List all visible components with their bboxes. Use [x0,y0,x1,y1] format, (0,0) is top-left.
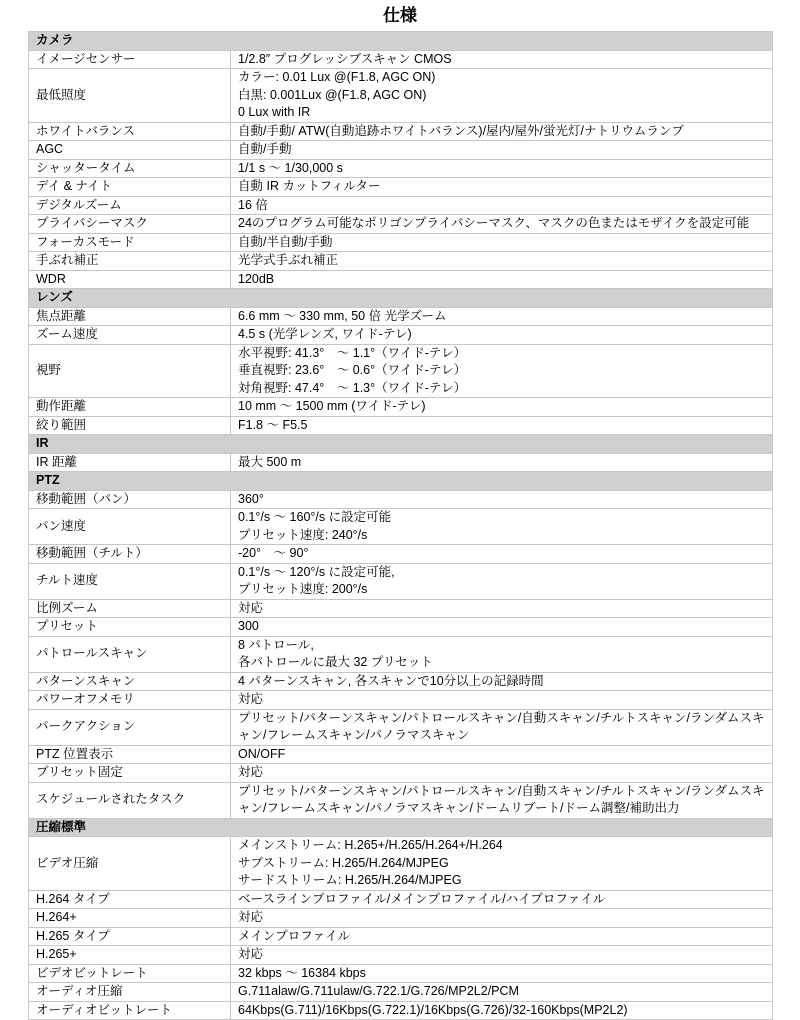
value-line: 32 kbps ～ 16384 kbps [238,965,765,983]
value-line: 光学式手ぶれ補正 [238,252,765,270]
table-row: ビデオビットレート32 kbps ～ 16384 kbps [29,964,773,983]
row-label: プリセット [29,618,231,637]
table-row: プリセット固定対応 [29,764,773,783]
row-value: 対応 [231,691,773,710]
row-label: パトロールスキャン [29,636,231,672]
row-value: ベースラインプロファイル/メインプロファイル/ハイプロファイル [231,890,773,909]
section-header: IR [29,435,773,454]
value-line: 0.1°/s ～ 160°/s に設定可能 [238,509,765,527]
row-value: 6.6 mm ～ 330 mm, 50 倍 光学ズーム [231,307,773,326]
table-row: 焦点距離6.6 mm ～ 330 mm, 50 倍 光学ズーム [29,307,773,326]
table-row: プライバシーマスク24のプログラム可能なポリゴンプライバシーマスク、マスクの色ま… [29,215,773,234]
value-line: 水平視野: 41.3° ～ 1.1°（ワイド-テレ） [238,345,765,363]
row-label: デイ & ナイト [29,178,231,197]
row-value: 自動/手動 [231,141,773,160]
value-line: 白黒: 0.001Lux @(F1.8, AGC ON) [238,87,765,105]
row-value: 対応 [231,909,773,928]
value-line: 300 [238,618,765,636]
row-label: パワーオフメモリ [29,691,231,710]
row-label: ホワイトバランス [29,122,231,141]
row-label: 最低照度 [29,69,231,123]
table-row: オーディオビットレート64Kbps(G.711)/16Kbps(G.722.1)… [29,1001,773,1020]
row-label: パン速度 [29,509,231,545]
row-value: 4 パターンスキャン, 各スキャンで10分以上の記録時間 [231,672,773,691]
row-label: フォーカスモード [29,233,231,252]
row-value: 0.1°/s ～ 160°/s に設定可能プリセット速度: 240°/s [231,509,773,545]
table-row: パークアクションプリセット/パターンスキャン/パトロールスキャン/自動スキャン/… [29,709,773,745]
value-line: 360° [238,491,765,509]
value-line: 自動/手動/ ATW(自動追跡ホワイトバランス)/屋内/屋外/蛍光灯/ナトリウム… [238,123,765,141]
value-line: 対応 [238,691,765,709]
value-line: 4 パターンスキャン, 各スキャンで10分以上の記録時間 [238,673,765,691]
table-row: H.265 タイプメインプロファイル [29,927,773,946]
value-line: プリセット/パターンスキャン/パトロールスキャン/自動スキャン/チルトスキャン/… [238,783,765,818]
row-value: 8 パトロール,各パトロールに最大 32 プリセット [231,636,773,672]
row-label: IR 距離 [29,453,231,472]
section-row: IR [29,435,773,454]
value-line: 24のプログラム可能なポリゴンプライバシーマスク、マスクの色またはモザイクを設定… [238,215,765,233]
row-value: 300 [231,618,773,637]
row-value: 自動/手動/ ATW(自動追跡ホワイトバランス)/屋内/屋外/蛍光灯/ナトリウム… [231,122,773,141]
row-value: メインプロファイル [231,927,773,946]
value-line: 4.5 s (光学レンズ, ワイド-テレ) [238,326,765,344]
table-row: シャッタータイム1/1 s ～ 1/30,000 s [29,159,773,178]
row-value: 0.1°/s ～ 120°/s に設定可能,プリセット速度: 200°/s [231,563,773,599]
row-value: ON/OFF [231,745,773,764]
row-value: 対応 [231,764,773,783]
value-line: プリセット速度: 200°/s [238,581,765,599]
row-label: ビデオビットレート [29,964,231,983]
value-line: 0.1°/s ～ 120°/s に設定可能, [238,564,765,582]
row-label: 移動範囲（チルト） [29,545,231,564]
row-label: パークアクション [29,709,231,745]
value-line: F1.8 ～ F5.5 [238,417,765,435]
table-row: パターンスキャン4 パターンスキャン, 各スキャンで10分以上の記録時間 [29,672,773,691]
row-label: シャッタータイム [29,159,231,178]
row-value: -20° ～ 90° [231,545,773,564]
row-value: 24のプログラム可能なポリゴンプライバシーマスク、マスクの色またはモザイクを設定… [231,215,773,234]
value-line: 16 倍 [238,197,765,215]
row-label: オーディオ圧縮 [29,983,231,1002]
row-label: H.264 タイプ [29,890,231,909]
table-row: WDR120dB [29,270,773,289]
value-line: 1/2.8″ プログレッシブスキャン CMOS [238,51,765,69]
row-label: ビデオ圧縮 [29,837,231,891]
row-value: 360° [231,490,773,509]
table-row: PTZ 位置表示ON/OFF [29,745,773,764]
section-row: レンズ [29,289,773,308]
value-line: 6.6 mm ～ 330 mm, 50 倍 光学ズーム [238,308,765,326]
row-value: G.711alaw/G.711ulaw/G.722.1/G.726/MP2L2/… [231,983,773,1002]
row-value: 最大 500 m [231,453,773,472]
table-row: パトロールスキャン8 パトロール,各パトロールに最大 32 プリセット [29,636,773,672]
table-row: フォーカスモード自動/半自動/手動 [29,233,773,252]
value-line: 垂直視野: 23.6° ～ 0.6°（ワイド-テレ） [238,362,765,380]
row-value: 対応 [231,599,773,618]
row-value: 水平視野: 41.3° ～ 1.1°（ワイド-テレ）垂直視野: 23.6° ～ … [231,344,773,398]
row-label: スケジュールされたタスク [29,782,231,818]
table-row: IR 距離最大 500 m [29,453,773,472]
row-label: H.265+ [29,946,231,965]
row-label: WDR [29,270,231,289]
table-row: 移動範囲（チルト）-20° ～ 90° [29,545,773,564]
row-label: プライバシーマスク [29,215,231,234]
row-label: デジタルズーム [29,196,231,215]
row-value: 120dB [231,270,773,289]
value-line: 64Kbps(G.711)/16Kbps(G.722.1)/16Kbps(G.7… [238,1002,765,1020]
row-label: 動作距離 [29,398,231,417]
value-line: 対応 [238,946,765,964]
table-row: H.265+対応 [29,946,773,965]
row-label: H.265 タイプ [29,927,231,946]
row-label: パターンスキャン [29,672,231,691]
value-line: ベースラインプロファイル/メインプロファイル/ハイプロファイル [238,891,765,909]
row-value: 16 倍 [231,196,773,215]
spec-table: カメライメージセンサー1/2.8″ プログレッシブスキャン CMOS最低照度カラ… [28,31,773,1020]
table-row: ホワイトバランス自動/手動/ ATW(自動追跡ホワイトバランス)/屋内/屋外/蛍… [29,122,773,141]
table-row: チルト速度0.1°/s ～ 120°/s に設定可能,プリセット速度: 200°… [29,563,773,599]
row-value: 光学式手ぶれ補正 [231,252,773,271]
table-row: 手ぶれ補正光学式手ぶれ補正 [29,252,773,271]
value-line: 120dB [238,271,765,289]
row-label: ズーム速度 [29,326,231,345]
value-line: G.711alaw/G.711ulaw/G.722.1/G.726/MP2L2/… [238,983,765,1001]
table-row: 最低照度カラー: 0.01 Lux @(F1.8, AGC ON)白黒: 0.0… [29,69,773,123]
table-row: パン速度0.1°/s ～ 160°/s に設定可能プリセット速度: 240°/s [29,509,773,545]
table-row: オーディオ圧縮G.711alaw/G.711ulaw/G.722.1/G.726… [29,983,773,1002]
value-line: 対応 [238,600,765,618]
row-value: メインストリーム: H.265+/H.265/H.264+/H.264サブストリ… [231,837,773,891]
page-title: 仕様 [0,0,800,27]
table-row: スケジュールされたタスクプリセット/パターンスキャン/パトロールスキャン/自動ス… [29,782,773,818]
value-line: 自動/半自動/手動 [238,234,765,252]
table-row: H.264+対応 [29,909,773,928]
table-row: 視野水平視野: 41.3° ～ 1.1°（ワイド-テレ）垂直視野: 23.6° … [29,344,773,398]
row-label: 比例ズーム [29,599,231,618]
table-row: ビデオ圧縮メインストリーム: H.265+/H.265/H.264+/H.264… [29,837,773,891]
row-value: プリセット/パターンスキャン/パトロールスキャン/自動スキャン/チルトスキャン/… [231,782,773,818]
value-line: ON/OFF [238,746,765,764]
value-line: 対角視野: 47.4° ～ 1.3°（ワイド-テレ） [238,380,765,398]
value-line: メインプロファイル [238,928,765,946]
value-line: プリセット/パターンスキャン/パトロールスキャン/自動スキャン/チルトスキャン/… [238,710,765,745]
row-label: AGC [29,141,231,160]
row-label: 絞り範囲 [29,416,231,435]
value-line: 自動 IR カットフィルター [238,178,765,196]
table-row: プリセット300 [29,618,773,637]
table-row: デイ & ナイト自動 IR カットフィルター [29,178,773,197]
value-line: 自動/手動 [238,141,765,159]
row-value: 自動 IR カットフィルター [231,178,773,197]
section-header: レンズ [29,289,773,308]
row-label: オーディオビットレート [29,1001,231,1020]
row-label: プリセット固定 [29,764,231,783]
table-row: 絞り範囲F1.8 ～ F5.5 [29,416,773,435]
row-label: 視野 [29,344,231,398]
row-value: 4.5 s (光学レンズ, ワイド-テレ) [231,326,773,345]
value-line: 10 mm ～ 1500 mm (ワイド-テレ) [238,398,765,416]
value-line: サードストリーム: H.265/H.264/MJPEG [238,872,765,890]
table-row: 移動範囲（パン）360° [29,490,773,509]
table-row: AGC自動/手動 [29,141,773,160]
row-label: 移動範囲（パン） [29,490,231,509]
value-line: 対応 [238,764,765,782]
section-header: カメラ [29,32,773,51]
section-row: 圧縮標準 [29,818,773,837]
value-line: -20° ～ 90° [238,545,765,563]
table-row: デジタルズーム16 倍 [29,196,773,215]
row-label: 焦点距離 [29,307,231,326]
value-line: 1/1 s ～ 1/30,000 s [238,160,765,178]
table-row: パワーオフメモリ対応 [29,691,773,710]
row-value: 自動/半自動/手動 [231,233,773,252]
row-value: 1/1 s ～ 1/30,000 s [231,159,773,178]
section-row: カメラ [29,32,773,51]
row-value: F1.8 ～ F5.5 [231,416,773,435]
table-row: ズーム速度4.5 s (光学レンズ, ワイド-テレ) [29,326,773,345]
section-header: PTZ [29,472,773,491]
table-row: 比例ズーム対応 [29,599,773,618]
section-header: 圧縮標準 [29,818,773,837]
row-label: H.264+ [29,909,231,928]
row-label: チルト速度 [29,563,231,599]
table-row: イメージセンサー1/2.8″ プログレッシブスキャン CMOS [29,50,773,69]
value-line: カラー: 0.01 Lux @(F1.8, AGC ON) [238,69,765,87]
row-value: カラー: 0.01 Lux @(F1.8, AGC ON)白黒: 0.001Lu… [231,69,773,123]
value-line: 8 パトロール, [238,637,765,655]
row-label: PTZ 位置表示 [29,745,231,764]
value-line: プリセット速度: 240°/s [238,527,765,545]
row-value: プリセット/パターンスキャン/パトロールスキャン/自動スキャン/チルトスキャン/… [231,709,773,745]
row-value: 10 mm ～ 1500 mm (ワイド-テレ) [231,398,773,417]
row-value: 対応 [231,946,773,965]
value-line: 0 Lux with IR [238,104,765,122]
row-value: 32 kbps ～ 16384 kbps [231,964,773,983]
spec-table-body: カメライメージセンサー1/2.8″ プログレッシブスキャン CMOS最低照度カラ… [29,32,773,1020]
row-value: 1/2.8″ プログレッシブスキャン CMOS [231,50,773,69]
section-row: PTZ [29,472,773,491]
value-line: メインストリーム: H.265+/H.265/H.264+/H.264 [238,837,765,855]
value-line: 対応 [238,909,765,927]
table-row: H.264 タイプベースラインプロファイル/メインプロファイル/ハイプロファイル [29,890,773,909]
table-row: 動作距離10 mm ～ 1500 mm (ワイド-テレ) [29,398,773,417]
row-label: イメージセンサー [29,50,231,69]
value-line: サブストリーム: H.265/H.264/MJPEG [238,855,765,873]
row-label: 手ぶれ補正 [29,252,231,271]
row-value: 64Kbps(G.711)/16Kbps(G.722.1)/16Kbps(G.7… [231,1001,773,1020]
value-line: 最大 500 m [238,454,765,472]
value-line: 各パトロールに最大 32 プリセット [238,654,765,672]
